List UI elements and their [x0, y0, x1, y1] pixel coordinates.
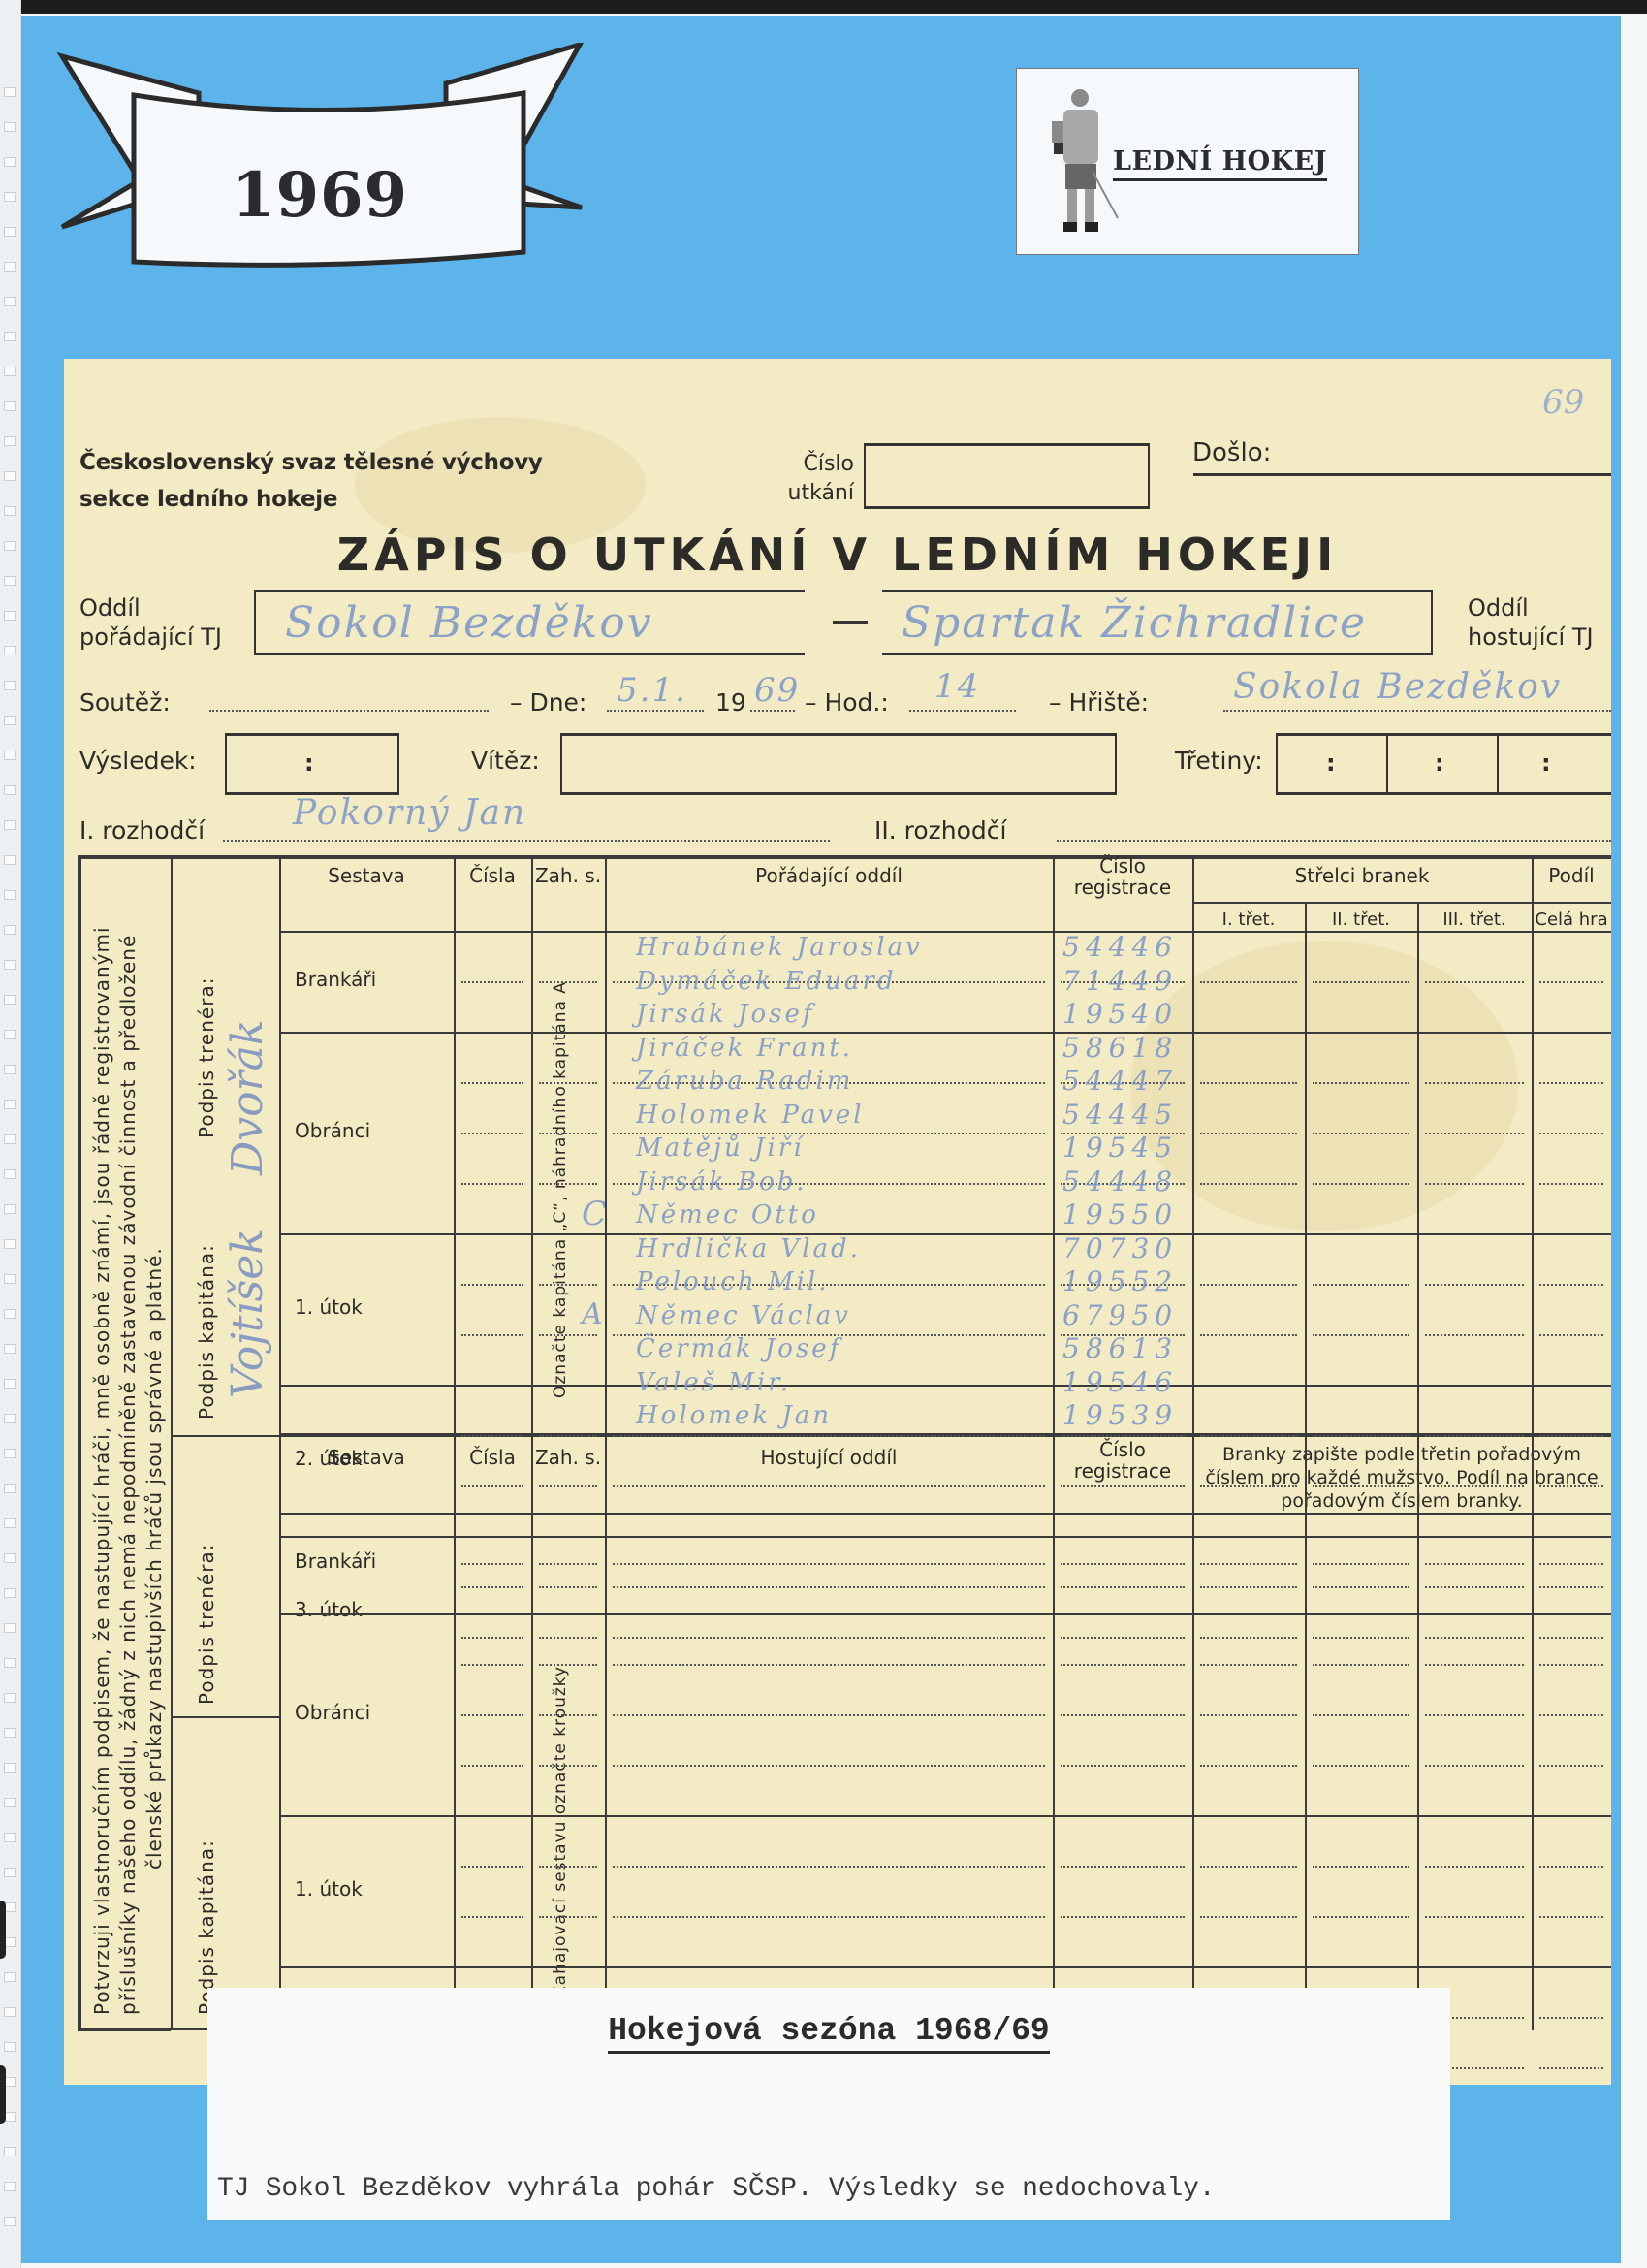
home-row-dotted-line — [461, 1082, 523, 1084]
binder-hole — [4, 1449, 16, 1458]
away-row-dotted-line — [1313, 1866, 1409, 1868]
home-row-dotted-line — [461, 981, 523, 983]
header-share: Podíl — [1532, 865, 1611, 886]
away-row-dotted-line — [1425, 1866, 1524, 1868]
referee-2-field[interactable] — [1057, 840, 1611, 842]
home-column-line — [1532, 855, 1534, 1433]
binder-hole — [4, 1204, 16, 1214]
binder-hole — [4, 367, 16, 376]
home-header-divider — [279, 931, 1611, 933]
home-row-dotted-line — [461, 1637, 523, 1639]
player-registration-number: 19552 — [1062, 1265, 1178, 1297]
binder-hole — [4, 192, 16, 202]
binder-hole — [4, 157, 16, 167]
binder-hole — [4, 1763, 16, 1773]
header-lineup: Sestava — [279, 865, 454, 886]
home-group-label: Brankáři — [295, 968, 376, 991]
home-row-dotted-line — [1061, 1485, 1185, 1487]
player-registration-number: 54446 — [1062, 931, 1178, 963]
home-row-dotted-line — [1313, 1082, 1409, 1084]
binder-hole — [4, 436, 16, 446]
player-name: Holomek Pavel — [636, 1101, 865, 1130]
header-home-club: Pořádající oddíl — [605, 865, 1053, 886]
binder-hole — [4, 1833, 16, 1842]
date-year-value: 69 — [754, 671, 800, 710]
binder-hole — [4, 471, 16, 481]
home-group-label: 1. útok — [295, 1295, 363, 1319]
home-column-line — [1305, 902, 1307, 1433]
form-title: ZÁPIS O UTKÁNÍ V LEDNÍM HOKEJI — [64, 528, 1611, 581]
home-row-dotted-line — [1200, 1435, 1297, 1437]
home-row-dotted-line — [539, 1082, 597, 1084]
header-registration: Číslo registrace — [1053, 855, 1192, 898]
away-column-line — [531, 1437, 533, 2030]
result-field[interactable]: : — [225, 733, 399, 795]
home-row-dotted-line — [1539, 1284, 1603, 1286]
binder-hole — [4, 332, 16, 341]
home-row-dotted-line — [1061, 1435, 1185, 1437]
home-row-dotted-line — [1539, 1334, 1603, 1336]
header-start: Zah. s. — [531, 865, 605, 886]
home-row-dotted-line — [1200, 1133, 1297, 1134]
binder-hole — [4, 1693, 16, 1703]
time-field[interactable] — [909, 710, 1016, 712]
binder-hole — [4, 1379, 16, 1389]
received-field[interactable] — [1193, 473, 1611, 476]
match-report-form: 69 Československý svaz tělesné výchovy s… — [64, 359, 1611, 2085]
home-row-dotted-line — [1061, 1586, 1185, 1588]
home-column-line — [1417, 902, 1419, 1433]
declaration-text: Potvrzuji vlastnoručním podpisem, že nas… — [89, 871, 168, 2015]
away-row-dotted-line — [1313, 1916, 1409, 1918]
away-row-dotted-line — [539, 1714, 597, 1716]
player-name: Jirsák Bob. — [636, 1167, 808, 1197]
away-row-dotted-line — [1425, 1714, 1524, 1716]
binder-hole — [4, 1553, 16, 1563]
player-name: Dymáček Eduard — [636, 967, 897, 996]
competition-field[interactable] — [209, 710, 489, 712]
signature-column-divider — [171, 855, 173, 2030]
home-row-dotted-line — [1313, 1284, 1409, 1286]
date-field[interactable] — [607, 710, 704, 712]
binder-hole — [4, 122, 16, 132]
away-row-dotted-line — [1200, 1563, 1297, 1565]
coach-signature-label: Podpis trenéra: — [194, 977, 220, 1138]
lineup-table: Potvrzuji vlastnoručním podpisem, že nas… — [64, 855, 1611, 2085]
away-row-dotted-line — [613, 1664, 1045, 1666]
date-value: 5.1. — [617, 671, 687, 710]
binder-hole — [4, 1658, 16, 1668]
period-divider — [1497, 736, 1499, 792]
declaration-line-3: členské průkazy nastupivších hráčů jsou … — [142, 871, 168, 2015]
home-row-dotted-line — [461, 1133, 523, 1134]
away-column-line — [1305, 1437, 1307, 2030]
away-header-registration-line-2: registrace — [1053, 1460, 1192, 1482]
binder-hole — [4, 1588, 16, 1598]
player-name: Jirsák Josef — [636, 1000, 814, 1029]
home-row-dotted-line — [1425, 1133, 1524, 1134]
home-row-dotted-line — [1200, 1082, 1297, 1084]
date-label: – Dne: — [510, 688, 586, 718]
home-row-dotted-line — [1313, 1435, 1409, 1437]
home-row-dotted-line — [461, 1284, 523, 1286]
caption-title: Hokejová sezóna 1968/69 — [608, 2013, 1049, 2054]
away-row-dotted-line — [1313, 1563, 1409, 1565]
away-row-dotted-line — [1061, 1916, 1185, 1918]
home-row-dotted-line — [1313, 1334, 1409, 1336]
binder-hole — [4, 611, 16, 621]
home-row-dotted-line — [539, 1334, 597, 1336]
home-row-dotted-line — [1425, 1334, 1524, 1336]
home-row-dotted-line — [539, 1284, 597, 1286]
binder-hole — [4, 506, 16, 516]
away-row-dotted-line — [539, 1916, 597, 1918]
match-number-label: Číslo utkání — [728, 450, 854, 508]
home-row-dotted-line — [539, 1637, 597, 1639]
home-group-label: Obránci — [295, 1119, 370, 1142]
away-row-dotted-line — [1539, 1714, 1603, 1716]
player-name: Matějů Jiří — [636, 1134, 805, 1163]
away-signature-divider — [171, 1716, 279, 1718]
player-name: Němec Otto — [636, 1200, 819, 1230]
home-row-dotted-line — [1200, 1586, 1297, 1588]
date-year-field[interactable] — [750, 710, 795, 712]
home-row-dotted-line — [539, 1485, 597, 1487]
binder-hole — [4, 1100, 16, 1109]
player-name: Pelouch Mil. — [636, 1267, 830, 1296]
scan-top-edge — [0, 0, 1647, 14]
home-column-line — [1192, 855, 1194, 1433]
organization-line-2: sekce ledního hokeje — [79, 481, 543, 518]
player-registration-number: 70730 — [1062, 1232, 1178, 1264]
home-row-dotted-line — [1425, 1284, 1524, 1286]
home-row-dotted-line — [1313, 1133, 1409, 1134]
binder-hole — [4, 1030, 16, 1039]
away-row-dotted-line — [1313, 1765, 1409, 1767]
away-column-line — [605, 1437, 607, 2030]
home-row-dotted-line — [613, 1435, 1045, 1437]
player-name: Jiráček Frant. — [636, 1034, 853, 1063]
match-number-field[interactable] — [864, 443, 1150, 509]
binder-hole — [4, 855, 16, 865]
away-column-line — [454, 1437, 456, 2030]
header-registration-line-2: registrace — [1053, 877, 1192, 898]
year-label: 1969 — [39, 159, 601, 232]
player-name: Němec Václav — [636, 1301, 851, 1330]
home-row-dotted-line — [1539, 1637, 1603, 1639]
winner-field[interactable] — [560, 733, 1117, 795]
away-row-dotted-line — [1539, 1866, 1603, 1868]
signature-divider — [171, 1435, 279, 1437]
home-row-dotted-line — [613, 1586, 1045, 1588]
home-team-value: Sokol Bezděkov — [285, 598, 653, 648]
binder-hole — [4, 1239, 16, 1249]
hockey-label-card: LEDNÍ HOKEJ — [1016, 68, 1359, 255]
time-label: – Hod.: — [805, 688, 889, 718]
home-row-dotted-line — [1313, 1485, 1409, 1487]
away-column-line — [1532, 1437, 1534, 2030]
sheet-protector-strip — [0, 0, 21, 2268]
binder-hole — [4, 87, 16, 97]
away-coach-signature-label: Podpis trenéra: — [194, 1544, 220, 1705]
referee-1-field[interactable] — [223, 840, 830, 842]
referee-1-label: I. rozhodčí — [79, 816, 205, 846]
alternate-captain-mark: A — [582, 1297, 605, 1331]
away-row-dotted-line — [1061, 1765, 1185, 1767]
home-group-divider — [279, 1536, 1611, 1538]
captain-signature: Vojtíšek — [223, 1229, 272, 1398]
period-3-score: : — [1541, 750, 1551, 777]
binder-hole — [4, 1623, 16, 1633]
away-team-label: Oddíl hostující TJ — [1468, 593, 1594, 652]
home-row-dotted-line — [539, 1133, 597, 1134]
home-row-dotted-line — [613, 1637, 1045, 1639]
player-name: Záruba Radim — [636, 1067, 853, 1096]
away-row-dotted-line — [461, 1916, 523, 1918]
binder-hole — [4, 646, 16, 655]
competition-label: Soutěž: — [79, 688, 171, 718]
binder-hole — [4, 890, 16, 900]
home-row-dotted-line — [1200, 1637, 1297, 1639]
away-row-dotted-line — [1539, 2067, 1603, 2069]
away-header-numbers: Čísla — [454, 1447, 531, 1468]
away-column-line — [1053, 1437, 1055, 2030]
home-row-dotted-line — [1061, 1637, 1185, 1639]
away-group-divider — [279, 1966, 1611, 1968]
away-row-dotted-line — [1425, 1765, 1524, 1767]
home-row-dotted-line — [1200, 981, 1297, 983]
coach-signature: Dvořák — [223, 1019, 272, 1175]
player-registration-number: 19540 — [1062, 998, 1178, 1030]
year-banner: 1969 — [39, 43, 601, 285]
home-row-dotted-line — [539, 1435, 597, 1437]
binder-hole — [4, 401, 16, 411]
time-value: 14 — [934, 667, 980, 706]
referee-2-label: II. rozhodčí — [874, 816, 1007, 846]
captain-signature-label: Podpis kapitána: — [194, 1244, 220, 1420]
header-scorers: Střelci branek — [1192, 865, 1532, 886]
home-row-dotted-line — [1313, 1637, 1409, 1639]
away-team-field[interactable]: Spartak Žichradlice — [882, 590, 1433, 655]
away-column-line — [1417, 1437, 1419, 2030]
away-row-dotted-line — [1200, 1916, 1297, 1918]
home-column-line — [1053, 855, 1055, 1433]
home-row-dotted-line — [539, 1183, 597, 1185]
binder-hole — [4, 716, 16, 725]
home-row-dotted-line — [1425, 1485, 1524, 1487]
away-row-dotted-line — [461, 1714, 523, 1716]
organization-line-1: Československý svaz tělesné výchovy — [79, 444, 543, 481]
away-row-dotted-line — [1425, 1664, 1524, 1666]
away-row-dotted-line — [613, 1866, 1045, 1868]
home-row-dotted-line — [1425, 1183, 1524, 1185]
away-row-dotted-line — [1200, 1714, 1297, 1716]
player-registration-number: 71449 — [1062, 965, 1178, 997]
binder-hole — [4, 925, 16, 935]
home-row-dotted-line — [1539, 981, 1603, 983]
away-row-dotted-line — [461, 1765, 523, 1767]
binder-hole — [4, 785, 16, 795]
player-registration-number: 19539 — [1062, 1399, 1178, 1431]
away-team-value: Spartak Žichradlice — [902, 598, 1367, 648]
away-row-dotted-line — [461, 1866, 523, 1868]
home-group-label: 2. útok — [295, 1447, 363, 1470]
versus-dash — [833, 621, 868, 624]
home-row-dotted-line — [1539, 1133, 1603, 1134]
away-header-registration-line-1: Číslo — [1053, 1439, 1192, 1460]
away-group-divider — [279, 1613, 1611, 1615]
table-bottom-border — [78, 2028, 171, 2031]
away-column-line — [1192, 1437, 1194, 2030]
away-header-registration: Číslo registrace — [1053, 1439, 1192, 1482]
away-team-label-line-2: hostující TJ — [1468, 623, 1594, 652]
away-row-dotted-line — [1061, 1714, 1185, 1716]
caption-heading: Hokejová sezóna 1968/69 — [207, 2013, 1450, 2049]
home-column-line — [605, 855, 607, 1433]
period-1-score: : — [1326, 750, 1336, 777]
away-group-label: 1. útok — [295, 1877, 363, 1901]
away-row-dotted-line — [613, 1714, 1045, 1716]
away-row-dotted-line — [539, 1563, 597, 1565]
binder-hole — [4, 2182, 16, 2191]
home-row-dotted-line — [539, 981, 597, 983]
away-row-dotted-line — [461, 1563, 523, 1565]
player-registration-number: 54448 — [1062, 1166, 1178, 1198]
player-registration-number: 19546 — [1062, 1366, 1178, 1398]
away-row-dotted-line — [1539, 1916, 1603, 1918]
home-column-line — [454, 855, 456, 1433]
binder-hole — [4, 1169, 16, 1179]
home-row-dotted-line — [1200, 1183, 1297, 1185]
periods-label: Třetiny: — [1175, 747, 1263, 776]
binder-ring-icon — [0, 1901, 6, 1959]
away-row-dotted-line — [1200, 1664, 1297, 1666]
binder-hole — [4, 1484, 16, 1493]
away-row-dotted-line — [1200, 1765, 1297, 1767]
away-header-divider — [279, 1513, 1611, 1515]
binder-hole — [4, 1868, 16, 1877]
home-row-dotted-line — [461, 1485, 523, 1487]
rink-label: – Hřiště: — [1049, 688, 1149, 718]
away-row-dotted-line — [1061, 1866, 1185, 1868]
away-row-dotted-line — [1539, 1664, 1603, 1666]
binder-ring-icon — [0, 2065, 6, 2124]
binder-hole — [4, 576, 16, 586]
home-row-dotted-line — [1425, 1435, 1524, 1437]
player-registration-number: 54445 — [1062, 1099, 1178, 1131]
organization-header: Československý svaz tělesné výchovy sekc… — [79, 444, 543, 518]
binder-hole — [4, 1798, 16, 1807]
home-team-label-line-2: pořádající TJ — [79, 623, 222, 652]
player-registration-number: 19545 — [1062, 1132, 1178, 1164]
binder-hole — [4, 1414, 16, 1423]
player-name: Čermák Josef — [636, 1334, 841, 1363]
home-row-dotted-line — [461, 1334, 523, 1336]
header-numbers: Čísla — [454, 865, 531, 886]
home-group-divider — [279, 1032, 1611, 1034]
home-row-dotted-line — [1425, 981, 1524, 983]
away-row-dotted-line — [1313, 1664, 1409, 1666]
home-row-dotted-line — [1313, 981, 1409, 983]
result-separator: : — [304, 750, 314, 777]
home-row-dotted-line — [1313, 1586, 1409, 1588]
home-team-label: Oddíl pořádající TJ — [79, 593, 222, 652]
match-number-label-line-1: Číslo — [728, 450, 854, 479]
away-row-dotted-line — [1539, 1563, 1603, 1565]
binder-hole — [4, 1728, 16, 1738]
player-name: Holomek Jan — [636, 1401, 832, 1430]
away-row-dotted-line — [613, 1765, 1045, 1767]
header-period-2: II. třet. — [1305, 910, 1417, 931]
hockey-title: LEDNÍ HOKEJ — [1113, 146, 1327, 181]
player-registration-number: 19550 — [1062, 1198, 1178, 1230]
rink-field[interactable] — [1223, 710, 1611, 712]
home-team-field[interactable]: Sokol Bezděkov — [254, 590, 805, 655]
home-row-dotted-line — [1539, 1485, 1603, 1487]
rink-value: Sokola Bezděkov — [1233, 667, 1562, 707]
match-number-label-line-2: utkání — [728, 479, 854, 508]
binder-hole — [4, 541, 16, 551]
header-whole-game: Celá hra — [1532, 910, 1611, 931]
away-row-dotted-line — [1313, 1714, 1409, 1716]
binder-hole — [4, 1309, 16, 1319]
home-row-dotted-line — [1425, 1082, 1524, 1084]
home-row-dotted-line — [1539, 1082, 1603, 1084]
home-group-divider — [279, 1385, 1611, 1387]
binder-hole — [4, 262, 16, 272]
header-away-club: Hostující oddíl — [605, 1447, 1053, 1468]
caption-card: Hokejová sezóna 1968/69 TJ Sokol Bezděko… — [207, 1988, 1450, 2220]
binder-hole — [4, 2007, 16, 2017]
away-row-dotted-line — [1425, 1916, 1524, 1918]
home-row-dotted-line — [461, 1586, 523, 1588]
away-row-dotted-line — [539, 1765, 597, 1767]
away-row-dotted-line — [613, 1916, 1045, 1918]
home-group-label: 3. útok — [295, 1598, 363, 1621]
binder-hole — [4, 227, 16, 237]
away-row-dotted-line — [461, 1664, 523, 1666]
header-period-3: III. třet. — [1417, 910, 1532, 931]
home-row-dotted-line — [1425, 1637, 1524, 1639]
home-row-dotted-line — [1539, 1183, 1603, 1185]
player-name: Hrdlička Vlad. — [636, 1234, 861, 1263]
away-team-label-line-1: Oddíl — [1468, 593, 1594, 623]
binder-hole — [4, 960, 16, 970]
scorers-header-divider — [1192, 902, 1611, 904]
binder-hole — [4, 1274, 16, 1284]
player-name: Hrabánek Jaroslav — [636, 933, 923, 962]
periods-field[interactable]: : : : — [1276, 733, 1611, 795]
received-label: Došlo: — [1192, 438, 1271, 467]
binder-hole — [4, 681, 16, 690]
binder-hole — [4, 995, 16, 1005]
goals-instruction-note: Branky zapište podle třetin pořadovým čí… — [1196, 1443, 1607, 1513]
declaration-line-1: Potvrzuji vlastnoručním podpisem, že nas… — [89, 871, 115, 2015]
home-row-dotted-line — [613, 1485, 1045, 1487]
binder-hole — [4, 1134, 16, 1144]
home-row-dotted-line — [461, 1435, 523, 1437]
hockey-player-icon — [1036, 84, 1124, 240]
binder-hole — [4, 297, 16, 306]
away-group-label: Obránci — [295, 1701, 370, 1724]
away-group-label: Brankáři — [295, 1549, 376, 1573]
player-registration-number: 58618 — [1062, 1032, 1178, 1064]
home-team-label-line-1: Oddíl — [79, 593, 222, 623]
referee-1-value: Pokorný Jan — [293, 793, 526, 833]
away-row-dotted-line — [613, 1563, 1045, 1565]
away-row-dotted-line — [539, 1866, 597, 1868]
declaration-line-2: příslušníky našeho oddílu, žádný z nich … — [115, 871, 142, 2015]
